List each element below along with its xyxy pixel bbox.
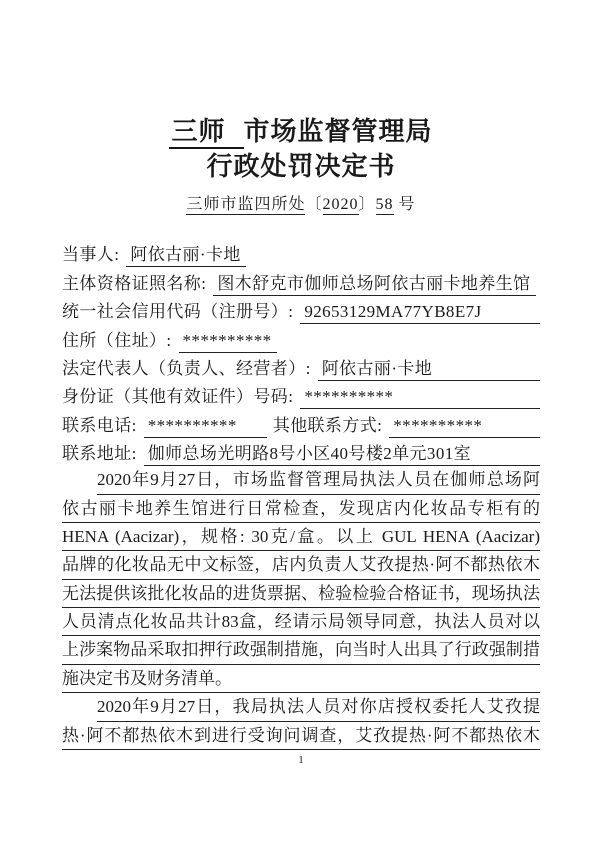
field-credit-code-value: 92653129MA77YB8E7J xyxy=(300,302,486,324)
field-legal-rep-value: 阿依古丽·卡地 xyxy=(318,354,437,381)
page-number: 1 xyxy=(62,754,540,766)
field-residence-value: ********** xyxy=(179,331,277,353)
body-text-line: 热·阿不都热依木到进行受询问调查，艾孜提热·阿不都热依木 xyxy=(62,722,540,750)
field-legal-rep: 法定代表人（负责人、经营者）: 阿依古丽·卡地 xyxy=(62,353,540,381)
body-text-line: 依古丽卡地养生馆进行日常检查，发现店内化妆品专柜有的 GUL xyxy=(62,495,540,523)
doc-number-serial: 58 xyxy=(376,196,394,215)
party-info-fields: 当事人: 阿依古丽·卡地 主体资格证照名称: 图木舒克市伽师总场阿依古丽卡地养生… xyxy=(62,239,540,466)
field-legal-rep-blank-line xyxy=(437,353,540,381)
body-text-line: HENA (Aacizar)，规格: 30克/盒。以上 GUL HENA (Aa… xyxy=(62,523,540,551)
field-contact-address-value: 伽师总场光明路8号小区40号楼2单元301室 xyxy=(144,439,476,466)
body-p1-line6: 人员清点化妆品共计83盒，经请示局领导同意，执法人员对以 xyxy=(62,608,540,636)
field-residence: 住所（住址）: ********** xyxy=(62,324,540,352)
doc-number-year: 2020 xyxy=(323,196,359,215)
body-text-line: 无法提供该批化妆品的进货票据、检验检验合格证书，现场执法 xyxy=(62,580,540,608)
field-id-number-label: 身份证（其他有效证件）号码: xyxy=(62,382,293,409)
field-party: 当事人: 阿依古丽·卡地 xyxy=(62,239,540,267)
field-contact-address-label: 联系地址: xyxy=(62,439,137,466)
paragraph-indent xyxy=(62,693,97,721)
field-other-contact-value: ********** xyxy=(389,416,487,438)
field-phone-value: ********** xyxy=(144,416,267,438)
body-p2-line1: 2020年9月27日，我局执法人员对你店授权委托人艾孜提 xyxy=(62,693,540,721)
body-text-line: 品牌的化妆品无中文标签，店内负责人艾孜提热·阿不都热依木 xyxy=(62,551,540,579)
body-p1-line7: 上涉案物品采取扣押行政强制措施，向当时人出具了行政强制措 xyxy=(62,636,540,664)
body-p1-line3: HENA (Aacizar)，规格: 30克/盒。以上 GUL HENA (Aa… xyxy=(62,523,540,551)
doc-number-bracket-open: 〔 xyxy=(305,196,322,213)
body-text-line: 2020年9月27日，市场监督管理局执法人员在伽师总场阿 xyxy=(97,466,540,494)
page-title-line1: 三师市场监督管理局 xyxy=(62,114,540,149)
body-p1-line2: 依古丽卡地养生馆进行日常检查，发现店内化妆品专柜有的 GUL xyxy=(62,495,540,523)
field-legal-rep-label: 法定代表人（负责人、经营者）: xyxy=(62,354,311,381)
field-contact-address-blank-line xyxy=(476,438,540,466)
field-phone-row: 联系电话: ********** 其他联系方式: ********** xyxy=(62,409,540,437)
field-party-label: 当事人: xyxy=(62,240,119,267)
body-text-line: 人员清点化妆品共计83盒，经请示局领导同意，执法人员对以 xyxy=(62,608,540,636)
page-title-line2: 行政处罚决定书 xyxy=(62,149,540,184)
document-header: 三师市场监督管理局 行政处罚决定书 三师市监四所处〔2020〕58 号 xyxy=(62,114,540,214)
body-p1-line5: 无法提供该批化妆品的进货票据、检验检验合格证书，现场执法 xyxy=(62,580,540,608)
doc-number-issuer: 三师市监四所处 xyxy=(186,196,305,215)
doc-number: 三师市监四所处〔2020〕58 号 xyxy=(62,191,540,214)
field-license-name-value: 图木舒克市伽师总场阿依古丽卡地养生馆 xyxy=(213,269,535,296)
body-p1-line1: 2020年9月27日，市场监督管理局执法人员在伽师总场阿 xyxy=(62,466,540,494)
field-phone-label: 联系电话: xyxy=(62,411,137,438)
body-text-line: 施决定书及财务清单。 xyxy=(62,665,540,693)
body-text-line: 2020年9月27日，我局执法人员对你店授权委托人艾孜提 xyxy=(97,693,540,721)
field-other-contact-blank-line xyxy=(487,409,540,437)
field-credit-code-label: 统一社会信用代码（注册号）: xyxy=(62,297,293,324)
decision-body: 2020年9月27日，市场监督管理局执法人员在伽师总场阿 依古丽卡地养生馆进行日… xyxy=(62,466,540,750)
body-p2-line2: 热·阿不都热依木到进行受询问调查，艾孜提热·阿不都热依木 xyxy=(62,722,540,750)
doc-number-suffix: 号 xyxy=(399,196,416,213)
field-party-value: 阿依古丽·卡地 xyxy=(126,240,245,267)
field-credit-code-blank-line xyxy=(487,296,540,324)
field-residence-label: 住所（住址）: xyxy=(62,326,172,353)
field-license-name-label: 主体资格证照名称: xyxy=(62,269,206,296)
body-p1-line4: 品牌的化妆品无中文标签，店内负责人艾孜提热·阿不都热依木 xyxy=(62,551,540,579)
field-license-name: 主体资格证照名称: 图木舒克市伽师总场阿依古丽卡地养生馆 xyxy=(62,267,540,295)
paragraph-indent xyxy=(62,466,97,494)
field-id-number-blank-line xyxy=(398,381,540,409)
body-p1-line8: 施决定书及财务清单。 xyxy=(62,665,540,693)
field-id-number: 身份证（其他有效证件）号码: ********** xyxy=(62,381,540,409)
field-credit-code: 统一社会信用代码（注册号）: 92653129MA77YB8E7J xyxy=(62,296,540,324)
title-agency-blank: 三师 xyxy=(169,117,243,149)
body-text-line: 上涉案物品采取扣押行政强制措施，向当时人出具了行政强制措 xyxy=(62,636,540,664)
doc-number-bracket-close: 〕 xyxy=(359,196,376,213)
field-contact-address: 联系地址: 伽师总场光明路8号小区40号楼2单元301室 xyxy=(62,438,540,466)
title-agency-rest: 市场监督管理局 xyxy=(244,117,433,146)
field-id-number-value: ********** xyxy=(300,387,398,409)
document-page: 三师市场监督管理局 行政处罚决定书 三师市监四所处〔2020〕58 号 当事人:… xyxy=(0,0,600,848)
field-other-contact-label: 其他联系方式: xyxy=(273,411,383,438)
